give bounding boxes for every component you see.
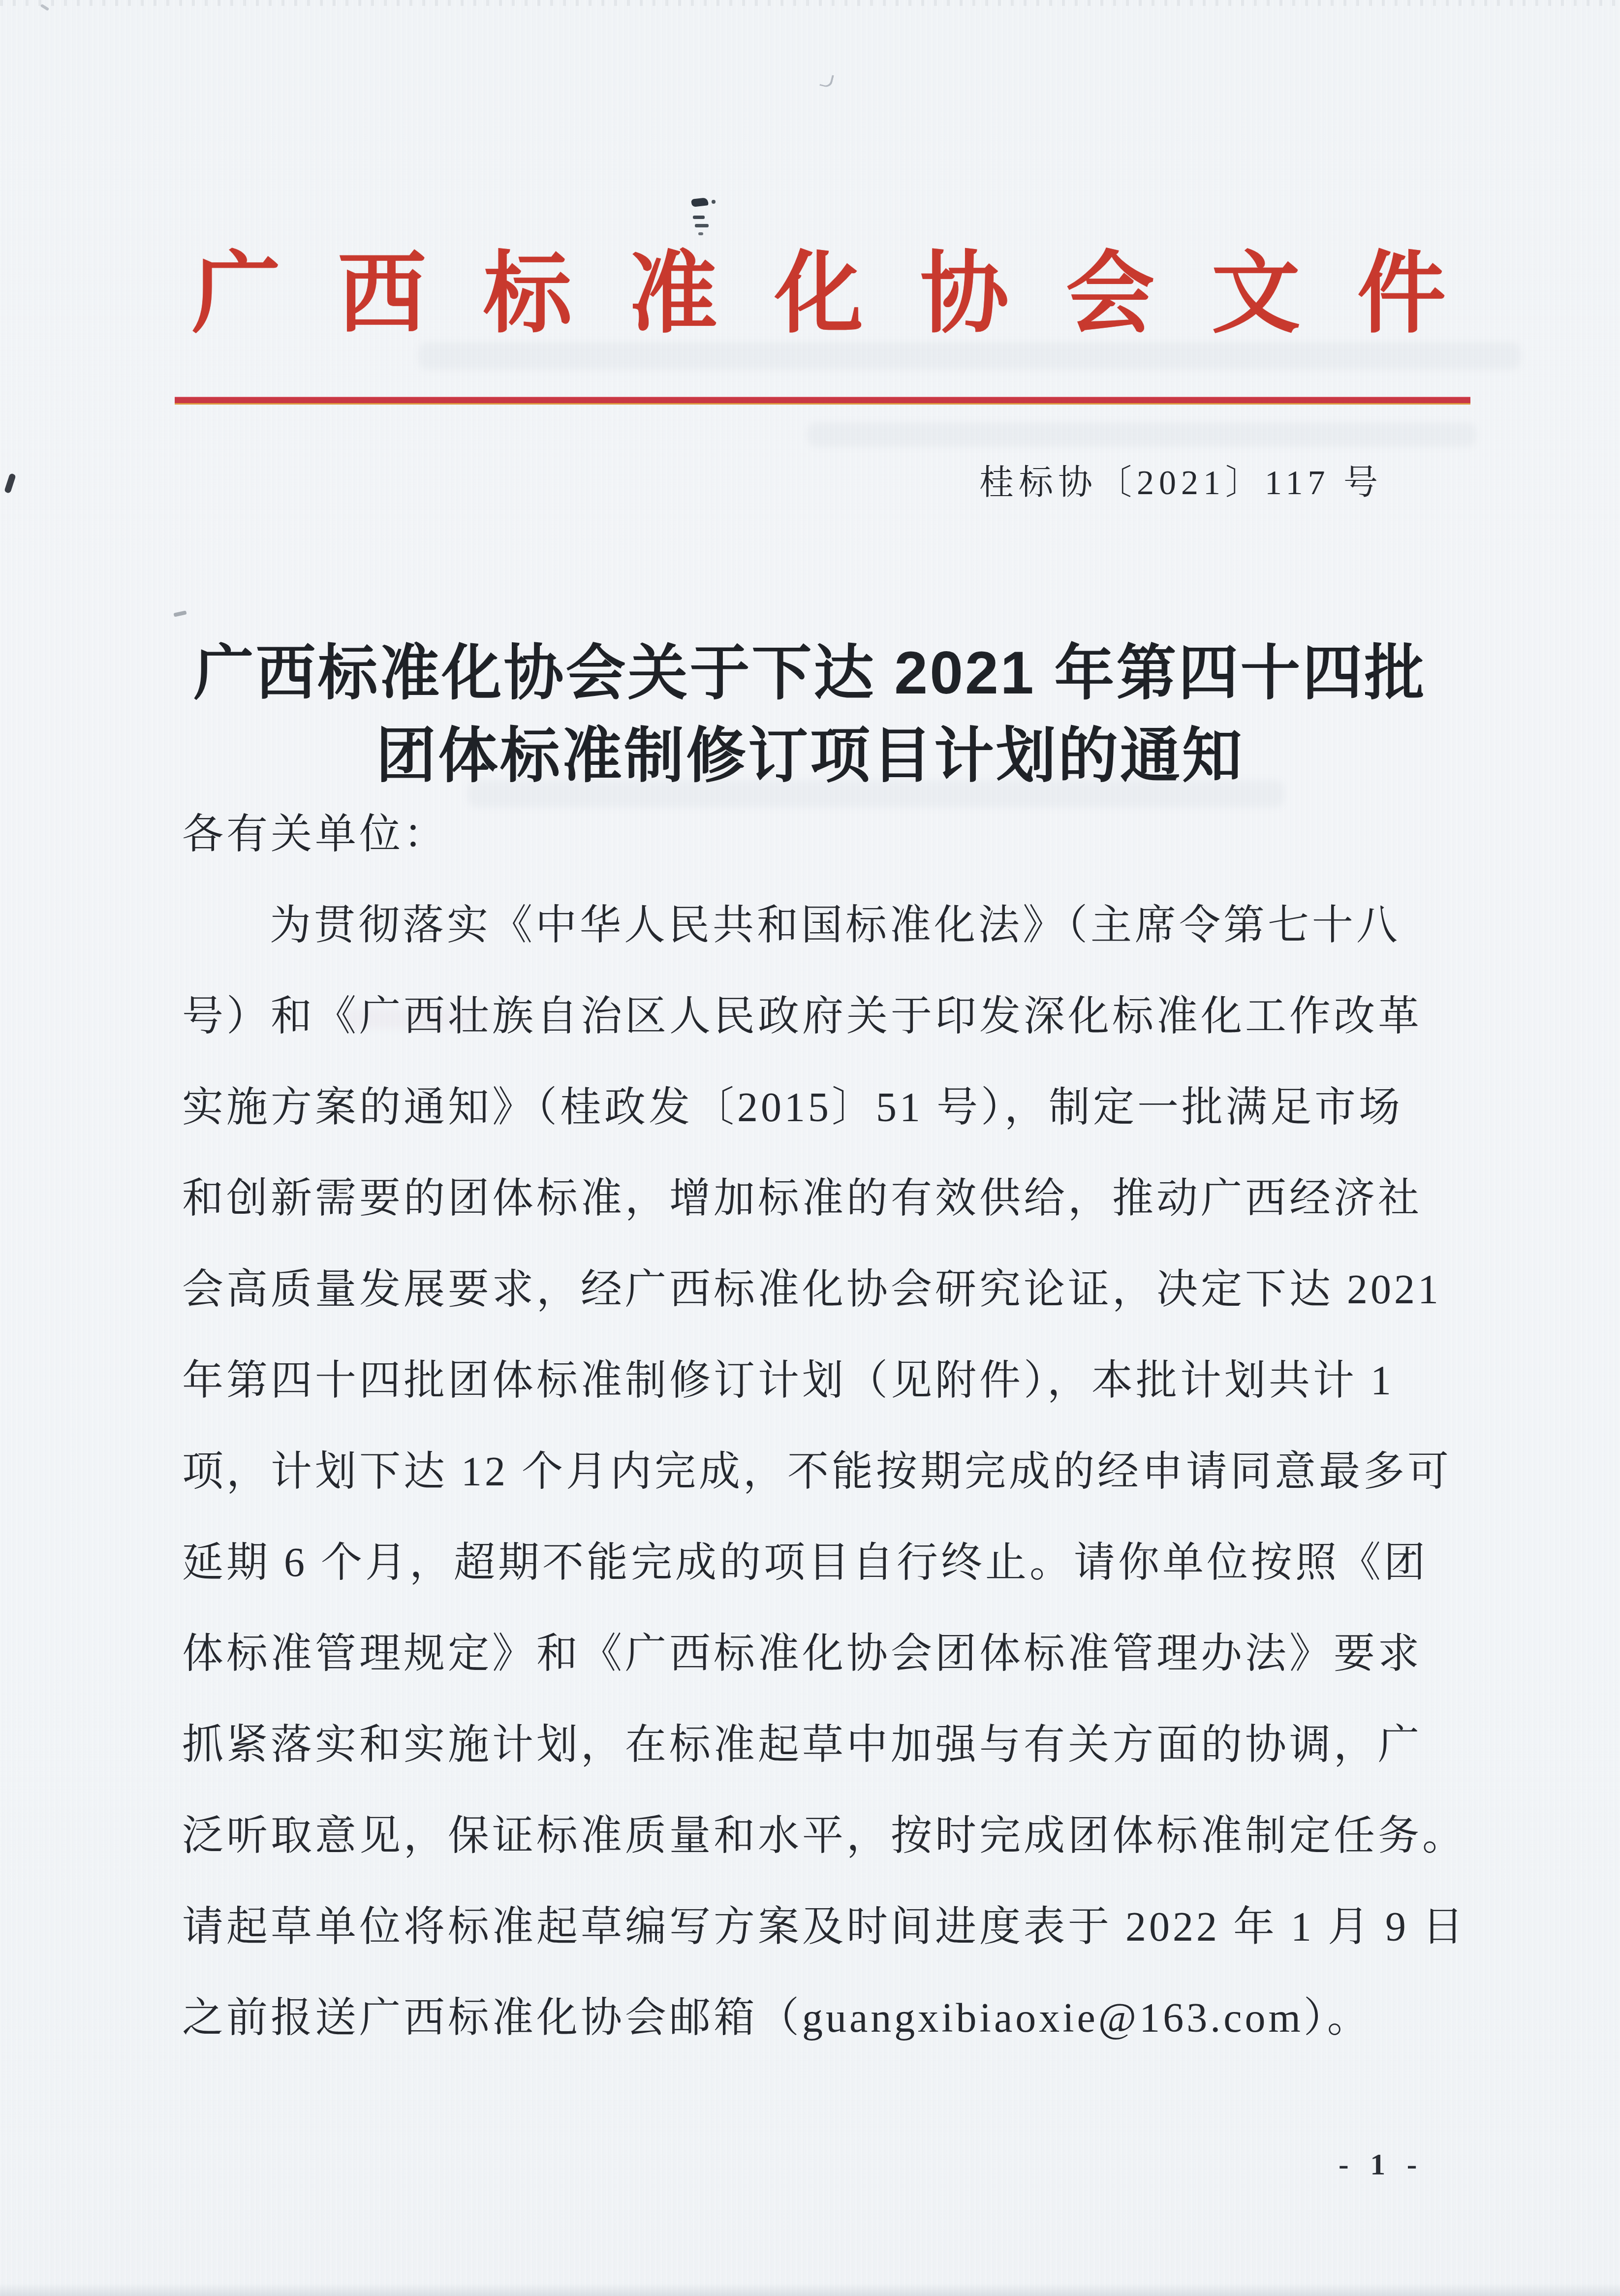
body-line: 体标准管理规定》和《广西标准化协会团体标准管理办法》要求 bbox=[182, 1608, 1462, 1699]
ink-speck bbox=[693, 216, 705, 219]
body-line: 会高质量发展要求，经广西标准化协会研究论证，决定下达 2021 bbox=[182, 1244, 1462, 1335]
body-line: 延期 6 个月，超期不能完成的项目自行终止。请你单位按照《团 bbox=[182, 1517, 1462, 1608]
body-line: 和创新需要的团体标准，增加标准的有效供给，推动广西经济社 bbox=[182, 1153, 1462, 1244]
ink-speck bbox=[695, 224, 709, 227]
ink-speck bbox=[173, 610, 187, 617]
notice-title-line1: 广西标准化协会关于下达 2021 年第四十四批 bbox=[0, 631, 1620, 714]
letterhead-divider-line bbox=[175, 397, 1470, 405]
body-line: 实施方案的通知》（桂政发〔2015〕51 号），制定一批满足市场 bbox=[182, 1062, 1462, 1153]
body-line: 泛听取意见，保证标准质量和水平，按时完成团体标准制定任务。 bbox=[182, 1791, 1462, 1882]
ink-speck bbox=[819, 72, 834, 88]
body-line: 号）和《广西壮族自治区人民政府关于印发深化标准化工作改革 bbox=[182, 971, 1462, 1062]
scan-edge-artifact-top bbox=[0, 0, 1620, 6]
body-line: 抓紧落实和实施计划，在标准起草中加强与有关方面的协调，广 bbox=[182, 1699, 1462, 1791]
ink-speck bbox=[4, 473, 16, 494]
ink-speck bbox=[691, 197, 708, 207]
ink-speck bbox=[712, 200, 716, 204]
body-line: 请起草单位将标准起草编写方案及时间进度表于 2022 年 1 月 9 日 bbox=[182, 1882, 1462, 1973]
page-number: - 1 - bbox=[1339, 2145, 1545, 2184]
body-line: 项，计划下达 12 个月内完成，不能按期完成的经申请同意最多可 bbox=[182, 1426, 1462, 1517]
body-line: 之前报送广西标准化协会邮箱（guangxibiaoxie@163.com）。 bbox=[182, 1973, 1462, 2064]
ink-speck bbox=[698, 232, 703, 235]
salutation: 各有关单位： bbox=[182, 789, 1442, 880]
document-number: 桂标协〔2021〕117 号 bbox=[738, 459, 1620, 508]
body-line: 为贯彻落实《中华人民共和国标准化法》（主席令第七十八 bbox=[182, 880, 1462, 971]
bleed-through-smudge bbox=[807, 422, 1476, 447]
scanned-document-page: 广西标准化协会文件 桂标协〔2021〕117 号 广西标准化协会关于下达 202… bbox=[0, 0, 1620, 2296]
notice-title-line2: 团体标准制修订项目计划的通知 bbox=[0, 714, 1620, 797]
scan-edge-artifact-bottom bbox=[0, 2284, 1620, 2296]
body-line: 年第四十四批团体标准制修订计划（见附件），本批计划共计 1 bbox=[182, 1335, 1462, 1426]
letterhead-org-title: 广西标准化协会文件 bbox=[192, 245, 1503, 348]
